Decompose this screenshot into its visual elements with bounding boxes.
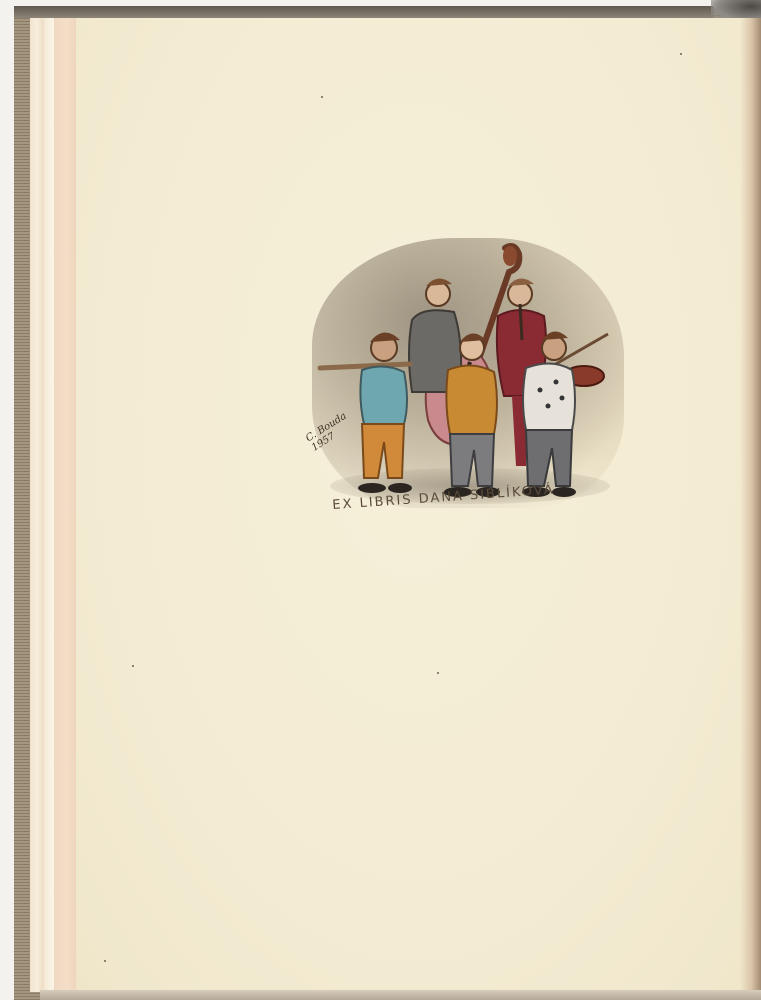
page-right-shadow	[740, 18, 761, 992]
ex-libris-bookplate: C. Bouda 1957 EX LIBRIS DANA SIBLÍKOVÁ	[300, 230, 640, 540]
page-bottom-edge	[40, 990, 761, 1000]
dust-speck	[680, 53, 682, 55]
dust-speck	[104, 960, 106, 962]
page-edge-strip	[44, 18, 54, 992]
dust-speck	[437, 672, 439, 674]
musicians-illustration	[300, 230, 640, 510]
cover-top-edge	[14, 6, 714, 18]
page-edge-strip	[54, 18, 76, 992]
dust-speck	[321, 96, 323, 98]
dust-speck	[132, 665, 134, 667]
page-edge-strip	[30, 18, 44, 992]
flute-player-figure	[320, 332, 412, 493]
